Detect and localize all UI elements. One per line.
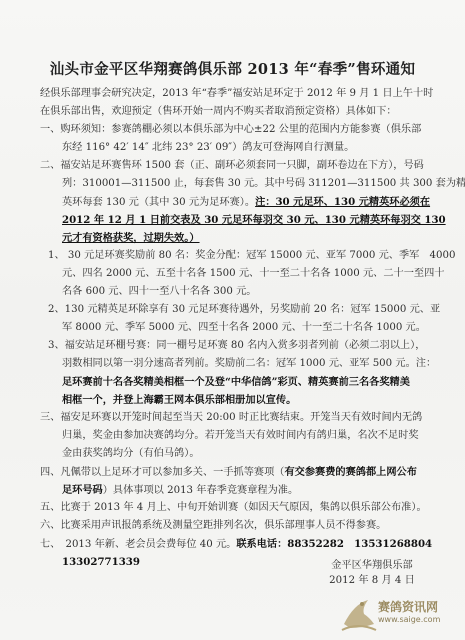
document-line: 六、比赛采用声讯报鸽系统及测量空距排列名次，俱乐部理事人员不得参赛。 [40, 517, 435, 535]
document-line: 金由获奖鸽均分（有伯马鸽）。 [40, 445, 435, 463]
document-line: 在俱乐部出售，欢迎预定（售环开始一周内不购买者取消预定资格）具体如下： [40, 103, 435, 121]
line-text: 七、 2013 年新、老会员会费每位 40 元。 [40, 539, 236, 550]
line-text: 二、福安站足环赛售环 1500 套（正、副环必须套同一只脚，副环卷边在下方），号… [40, 160, 424, 171]
signature-date: 2012 年 8 月 4 日 [312, 573, 432, 588]
line-text: 金由获奖鸽均分（有伯马鸽）。 [62, 448, 200, 459]
signature-block: 金平区华翔俱乐部 2012 年 8 月 4 日 [312, 558, 432, 588]
line-text: 一、购环须知：参赛鸽棚必须以本俱乐部为中心±22 公里的范围内方能参赛（俱乐部 [40, 124, 421, 135]
line-text: 英环每套 130 元（其中 30 元为足环赛）。 [62, 197, 255, 208]
document-body: 经俱乐部理事会研究决定，2013 年“春季”福安站足环定于 2012 年 9 月… [40, 85, 435, 571]
line-text: 六、比赛采用声讯报鸽系统及测量空距排列名次，俱乐部理事人员不得参赛。 [40, 520, 386, 531]
line-text: 羽数相同以第一羽分速高者列前。奖励前二名：冠军 1000 元、亚军 500 元。… [62, 358, 436, 369]
underlined-notice: 元才有资格获奖，过期失效。） [62, 232, 200, 244]
signature-org: 金平区华翔俱乐部 [312, 558, 432, 573]
line-text: 归巢，奖金由参加决赛鸽均分。若开笼当天有效时间内有鸽归巢，名次不足时奖 [62, 430, 419, 441]
bold-text: 联系电话：88352282 13531268804 [236, 538, 432, 550]
line-text: 名各 600 元、四十一至八十名各 300 元。 [62, 286, 256, 297]
document-line: 2、130 元精英足环除享有 30 元足环赛待遇外，另奖励前 20 名：冠军 1… [40, 301, 435, 319]
bold-text: 足环号码 [62, 484, 103, 496]
document-line: 经俱乐部理事会研究决定，2013 年“春季”福安站足环定于 2012 年 9 月… [40, 85, 435, 103]
underlined-notice: 注：30 元足环、130 元精英环必须在 [255, 196, 430, 208]
bold-text: 相框一个，并登上海霸王网本俱乐部相册加以宣传。 [62, 394, 296, 406]
document-line: 一、购环须知：参赛鸽棚必须以本俱乐部为中心±22 公里的范围内方能参赛（俱乐部 [40, 121, 435, 139]
document-line: 名各 600 元、四十一至八十名各 300 元。 [40, 283, 435, 301]
document-line: 足环号码）具体事项以 2013 年春季竞赛章程为准。 [40, 481, 435, 499]
bold-text: 13302771339 [62, 556, 140, 568]
line-text: 在俱乐部出售，欢迎预定（售环开始一周内不购买者取消预定资格）具体如下： [40, 106, 397, 117]
document-line: 元才有资格获奖，过期失效。） [40, 229, 435, 247]
document-line: 三、福安足环赛以开笼时间起至当天 20:00 时正比赛结束。开笼当天有效时间内无… [40, 409, 435, 427]
line-text: 经俱乐部理事会研究决定，2013 年“春季”福安站足环定于 2012 年 9 月… [40, 88, 433, 99]
line-text: 列：310001—311500 止，每套售 30 元。其中号码 311201—3… [62, 178, 465, 189]
document-line: 军 8000 元、季军 5000 元、四至十名各 2000 元、十一至二十名各 … [40, 319, 435, 337]
watermark-logo: 赛鸽资讯网 www.saige.com [340, 594, 460, 634]
bold-text: 足环赛前十名各奖精美相框一个及登“中华信鸽”彩页、精英赛前三名各奖精美 [62, 376, 410, 388]
document-line: 英环每套 130 元（其中 30 元为足环赛）。注：30 元足环、130 元精英… [40, 193, 435, 211]
document-line: 七、 2013 年新、老会员会费每位 40 元。联系电话：88352282 13… [40, 535, 435, 553]
document-line: 列：310001—311500 止，每套售 30 元。其中号码 311201—3… [40, 175, 435, 193]
document-line: 1、 30 元足环赛奖励前 80 名：奖金分配：冠军 15000 元、亚军 70… [40, 247, 435, 265]
pigeon-logo-icon [340, 594, 380, 634]
document-line: 五、比赛于 2013 年 4 月上、中旬开始训赛（如因天气原因，集鸽以俱乐部公布… [40, 499, 435, 517]
line-text: 军 8000 元、季军 5000 元、四至十名各 2000 元、十一至二十名各 … [62, 322, 426, 333]
line-text: ）具体事项以 2013 年春季竞赛章程为准。 [103, 485, 298, 496]
document-line: 归巢，奖金由参加决赛鸽均分。若开笼当天有效时间内有鸽归巢，名次不足时奖 [40, 427, 435, 445]
document-line: 二、福安站足环赛售环 1500 套（正、副环必须套同一只脚，副环卷边在下方），号… [40, 157, 435, 175]
document-line: 3、福安站足环棚号赛：同一棚号足环赛 80 名内入赏多羽者列前（必须二羽以上）， [40, 337, 435, 355]
document-line: 羽数相同以第一羽分速高者列前。奖励前二名：冠军 1000 元、亚军 500 元。… [40, 355, 435, 373]
line-text: 东经 116° 42′ 14″ 北纬 23° 23′ 09″）鸽友可登海网自行测… [62, 142, 354, 153]
document-line: 东经 116° 42′ 14″ 北纬 23° 23′ 09″）鸽友可登海网自行测… [40, 139, 435, 157]
watermark-name: 赛鸽资讯网 [378, 598, 438, 615]
document-line: 2012 年 12 月 1 日前交表及 30 元足环每羽交 30 元、130 元… [40, 211, 435, 229]
document-line: 四、凡佩带以上足环才可以参加多关、一手抓等赛项（有交参赛费的赛鸽都上网公布 [40, 463, 435, 481]
line-text: 1、 30 元足环赛奖励前 80 名：奖金分配：冠军 15000 元、亚军 70… [48, 250, 455, 261]
line-text: 四、凡佩带以上足环才可以参加多关、一手抓等赛项（ [40, 467, 285, 478]
document-title: 汕头市金平区华翔赛鸽俱乐部 2013 年“春季”售环通知 [0, 58, 465, 79]
bold-text: 有交参赛费的赛鸽都上网公布 [285, 466, 417, 478]
document-page: 汕头市金平区华翔赛鸽俱乐部 2013 年“春季”售环通知 经俱乐部理事会研究决定… [0, 0, 465, 640]
watermark-url: www.saige.com [378, 615, 440, 624]
document-line: 相框一个，并登上海霸王网本俱乐部相册加以宣传。 [40, 391, 435, 409]
document-line: 元、四名 2000 元、五至十名各 1500 元、十一至二十名各 1000 元、… [40, 265, 435, 283]
line-text: 3、福安站足环棚号赛：同一棚号足环赛 80 名内入赏多羽者列前（必须二羽以上）， [48, 340, 425, 351]
line-text: 三、福安足环赛以开笼时间起至当天 20:00 时正比赛结束。开笼当天有效时间内无… [40, 412, 422, 423]
line-text: 元、四名 2000 元、五至十名各 1500 元、十一至二十名各 1000 元、… [62, 268, 444, 279]
line-text: 五、比赛于 2013 年 4 月上、中旬开始训赛（如因天气原因，集鸽以俱乐部公布… [40, 502, 427, 513]
line-text: 2、130 元精英足环除享有 30 元足环赛待遇外，另奖励前 20 名：冠军 1… [48, 304, 440, 315]
underlined-notice: 2012 年 12 月 1 日前交表及 30 元足环每羽交 30 元、130 元… [62, 214, 446, 226]
document-line: 足环赛前十名各奖精美相框一个及登“中华信鸽”彩页、精英赛前三名各奖精美 [40, 373, 435, 391]
